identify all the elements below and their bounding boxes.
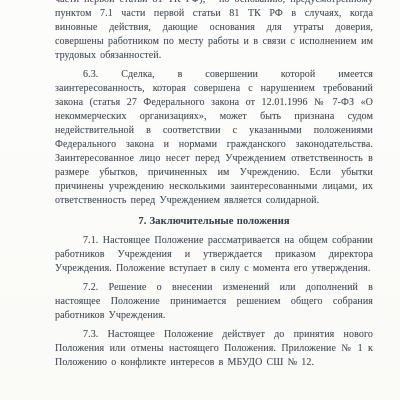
paragraph-7-3: 7.3. Настоящее Положение действует до пр… xyxy=(55,328,373,370)
section-heading-final-provisions: 7. Заключительные положения xyxy=(55,215,373,229)
paragraph-clipped-top: части первой статьи 81 ТК РФ); - по осно… xyxy=(55,0,373,63)
paragraph-7-1: 7.1. Настоящее Положение рассматривается… xyxy=(55,234,373,276)
scanned-document-page: части первой статьи 81 ТК РФ); - по осно… xyxy=(0,0,400,400)
document-text-block: части первой статьи 81 ТК РФ); - по осно… xyxy=(55,0,373,370)
paragraph-6-3: 6.3. Сделка, в совершении которой имеетс… xyxy=(55,68,373,208)
paragraph-7-2: 7.2. Решение о внесении изменений или до… xyxy=(55,281,373,323)
